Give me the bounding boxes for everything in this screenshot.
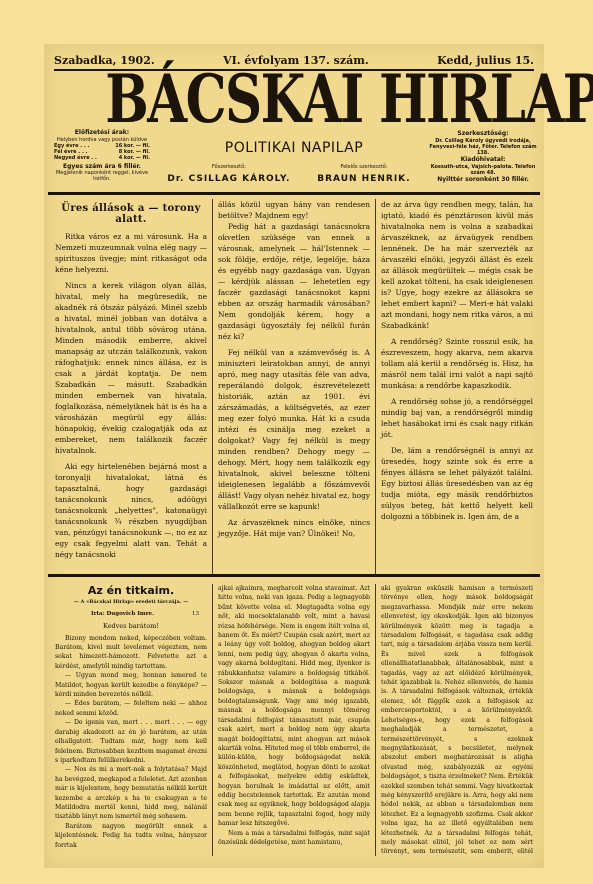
responsible-editor: Felelős szerkesztő: BRAUN HENRIK. (317, 164, 410, 194)
feuilleton-rule (48, 574, 540, 577)
lead-article: Üres állások a — torony alatt. Ritka vár… (50, 199, 538, 575)
lead-column-3: de az árva ügy rendben megy, talán, ha i… (375, 199, 538, 575)
publication-note: Megjelenik naponként reggel, kivéve hétf… (50, 170, 154, 182)
subscription-heading: Előfizetési árak: (50, 130, 154, 136)
header-rule (48, 192, 540, 195)
newspaper-page: Szabadka, 1902. VI. évfolyam 137. szám. … (44, 44, 544, 868)
author: Irta: Dugovich Imre. (91, 610, 154, 619)
feuilleton-subtitle: — A «Bácskai Hirlap» eredeti tárczája. — (55, 598, 207, 607)
price-row: Negyed évre . .4 kor. — fil. (50, 155, 154, 161)
feuilleton: Az én titkaim. — A «Bácskai Hirlap» ered… (50, 584, 538, 856)
feuilleton-column-1: Az én titkaim. — A «Bácskai Hirlap» ered… (50, 584, 212, 856)
byline: Irta: Dugovich Imre. 13 (55, 610, 207, 619)
lead-column-1: Üres állások a — torony alatt. Ritka vár… (50, 199, 212, 575)
installment-number: 13 (192, 610, 199, 619)
masthead-title: BÁCSKAI HIRLAP (105, 70, 483, 128)
masthead-subtitle: POLITIKAI NAPILAP (194, 140, 394, 156)
lead-column-2: állás közül ugyan hány van rendesen betö… (212, 199, 375, 575)
feuilleton-column-3: aki gyakran esküszik hamisan a természet… (375, 584, 538, 856)
lead-headline: Üres állások a — torony alatt. (55, 203, 207, 225)
feuilleton-title: Az én titkaim. (55, 586, 207, 595)
subscription-box: Előfizetési árak: Helyben hordva vagy po… (50, 130, 154, 182)
publisher-heading: Kiadóhivatal: (428, 157, 538, 163)
publisher-address: Kossuth-utca, Vajsich-palota. Telefon sz… (428, 164, 538, 176)
editorial-heading: Szerkesztőség: (428, 131, 538, 137)
editors: Főszerkesztő: Dr. CSILLAG KÁROLY. Felelő… (154, 164, 424, 194)
editorial-address: Dr. Csillag Károly ügyvédi irodája, Feny… (428, 138, 538, 156)
editorial-office-box: Szerkesztőség: Dr. Csillag Károly ügyvéd… (428, 130, 538, 184)
ads-note: Nyilttér soronként 30 fillér. (428, 177, 538, 183)
feuilleton-column-2: ajkai ajkaimra, megharcolt volna stavaim… (212, 584, 375, 856)
greeting: Kedves barátom! (55, 622, 207, 631)
chief-editor: Főszerkesztő: Dr. CSILLAG KÁROLY. (167, 164, 290, 194)
